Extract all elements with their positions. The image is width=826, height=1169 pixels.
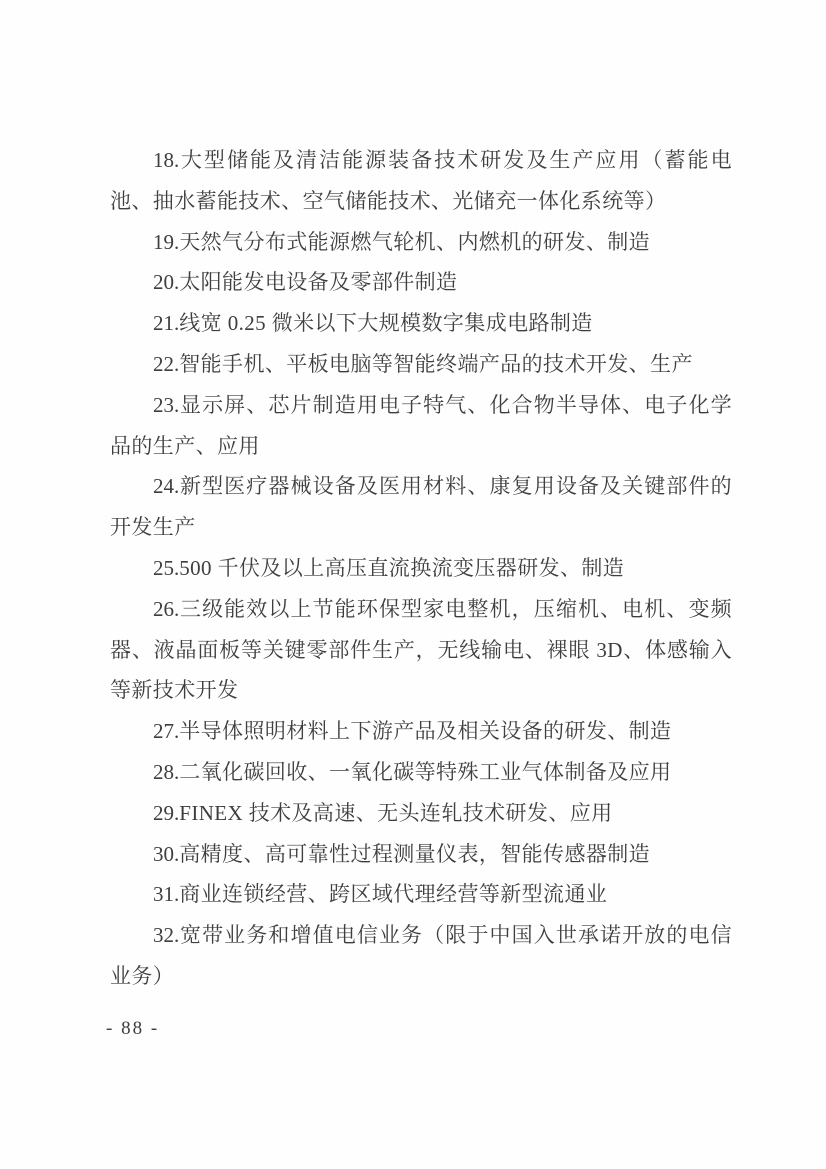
item-number: 29. (153, 801, 179, 825)
item-number: 25. (153, 556, 179, 580)
item-text: 三级能效以上节能环保型家电整机，压缩机、电机、变频器、液晶面板等关键零部件生产，… (110, 597, 732, 703)
item-number: 18. (153, 148, 179, 172)
item-number: 20. (153, 270, 179, 294)
item-number: 26. (153, 597, 179, 621)
item-number: 22. (153, 352, 179, 376)
item-text: 显示屏、芯片制造用电子特气、化合物半导体、电子化学品的生产、应用 (110, 393, 732, 458)
item-text: 二氧化碳回收、一氧化碳等特殊工业气体制备及应用 (179, 760, 671, 784)
item-text: 大型储能及清洁能源装备技术研发及生产应用（蓄能电池、抽水蓄能技术、空气储能技术、… (110, 148, 732, 213)
item-text: 商业连锁经营、跨区域代理经营等新型流通业 (179, 882, 607, 906)
list-item-24: 24.新型医疗器械设备及医用材料、康复用设备及关键部件的开发生产 (110, 466, 732, 548)
list-item-32: 32.宽带业务和增值电信业务（限于中国入世承诺开放的电信业务） (110, 915, 732, 997)
list-item-29: 29.FINEX 技术及高速、无头连轧技术研发、应用 (110, 793, 732, 834)
list-item-19: 19.天然气分布式能源燃气轮机、内燃机的研发、制造 (110, 222, 732, 263)
list-item-30: 30.高精度、高可靠性过程测量仪表，智能传感器制造 (110, 834, 732, 875)
list-item-23: 23.显示屏、芯片制造用电子特气、化合物半导体、电子化学品的生产、应用 (110, 385, 732, 467)
item-number: 21. (153, 311, 179, 335)
item-number: 24. (153, 474, 179, 498)
item-number: 19. (153, 230, 179, 254)
list-item-22: 22.智能手机、平板电脑等智能终端产品的技术开发、生产 (110, 344, 732, 385)
item-text: 智能手机、平板电脑等智能终端产品的技术开发、生产 (179, 352, 693, 376)
document-body: 18.大型储能及清洁能源装备技术研发及生产应用（蓄能电池、抽水蓄能技术、空气储能… (110, 140, 732, 997)
list-item-27: 27.半导体照明材料上下游产品及相关设备的研发、制造 (110, 711, 732, 752)
list-item-18: 18.大型储能及清洁能源装备技术研发及生产应用（蓄能电池、抽水蓄能技术、空气储能… (110, 140, 732, 222)
list-item-28: 28.二氧化碳回收、一氧化碳等特殊工业气体制备及应用 (110, 752, 732, 793)
list-item-26: 26.三级能效以上节能环保型家电整机，压缩机、电机、变频器、液晶面板等关键零部件… (110, 589, 732, 711)
item-text: 太阳能发电设备及零部件制造 (179, 270, 457, 294)
item-text: FINEX 技术及高速、无头连轧技术研发、应用 (179, 801, 612, 825)
item-text: 高精度、高可靠性过程测量仪表，智能传感器制造 (179, 842, 650, 866)
item-number: 30. (153, 842, 179, 866)
list-item-31: 31.商业连锁经营、跨区域代理经营等新型流通业 (110, 874, 732, 915)
list-item-21: 21.线宽 0.25 微米以下大规模数字集成电路制造 (110, 303, 732, 344)
item-text: 宽带业务和增值电信业务（限于中国入世承诺开放的电信业务） (110, 923, 732, 988)
item-text: 新型医疗器械设备及医用材料、康复用设备及关键部件的开发生产 (110, 474, 732, 539)
item-number: 28. (153, 760, 179, 784)
item-text: 500 千伏及以上高压直流换流变压器研发、制造 (179, 556, 624, 580)
item-text: 天然气分布式能源燃气轮机、内燃机的研发、制造 (179, 230, 650, 254)
item-number: 32. (153, 923, 179, 947)
page-number: - 88 - (106, 1018, 159, 1040)
list-item-25: 25.500 千伏及以上高压直流换流变压器研发、制造 (110, 548, 732, 589)
item-text: 线宽 0.25 微米以下大规模数字集成电路制造 (179, 311, 592, 335)
item-number: 31. (153, 882, 179, 906)
item-number: 27. (153, 719, 179, 743)
list-item-20: 20.太阳能发电设备及零部件制造 (110, 262, 732, 303)
document-page: 18.大型储能及清洁能源装备技术研发及生产应用（蓄能电池、抽水蓄能技术、空气储能… (0, 0, 826, 1169)
item-number: 23. (153, 393, 179, 417)
item-text: 半导体照明材料上下游产品及相关设备的研发、制造 (179, 719, 671, 743)
